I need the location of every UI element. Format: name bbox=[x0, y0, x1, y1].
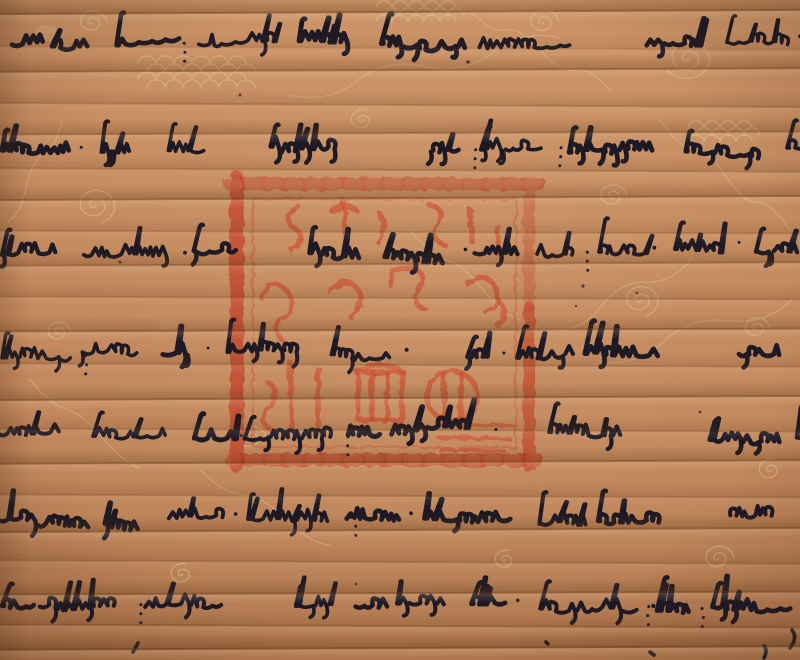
photo-vignette bbox=[0, 0, 800, 660]
manuscript-render bbox=[0, 0, 800, 660]
manuscript-photo bbox=[0, 0, 800, 660]
film-grain bbox=[0, 0, 800, 660]
